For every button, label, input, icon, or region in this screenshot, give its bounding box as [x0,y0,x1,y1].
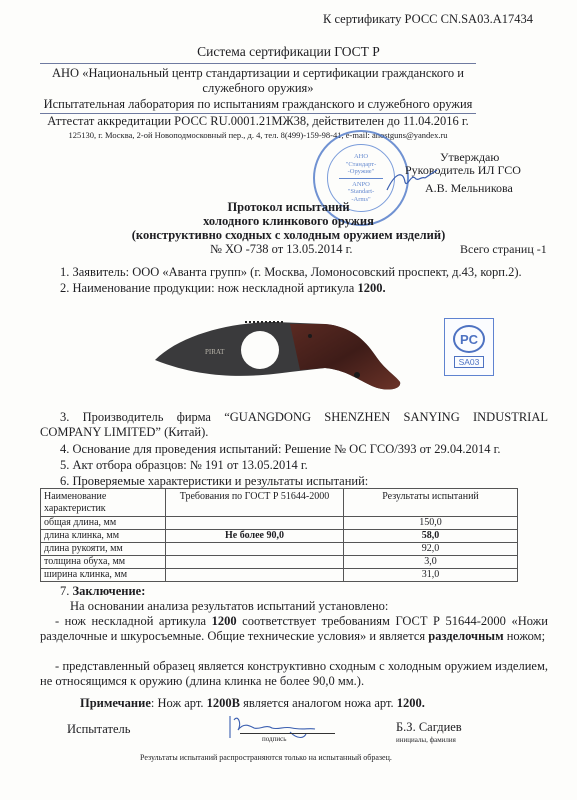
text: ножом; [504,629,545,643]
note-label: Примечание [80,696,151,710]
svg-text:PIRAT: PIRAT [205,348,225,356]
signature-line [240,733,335,734]
header-characteristic: Наименование характеристик [41,489,166,517]
conclusion-heading: 7. Заключение: [60,584,145,599]
title-line: (конструктивно сходных с холодным оружие… [0,228,577,242]
row-characteristic: длина клинка, мм [41,530,166,543]
address-line: 125130, г. Москва, 2-ой Новоподмосковный… [40,130,476,140]
organization-line-2: служебного оружия» [40,81,476,96]
certification-mark: PC SA03 [444,318,494,376]
table-row: толщина обуха, мм 3,0 [41,556,518,569]
divider [40,63,476,64]
table-header-row: Наименование характеристик Требования по… [41,489,518,517]
article-number: 1200В [207,696,240,710]
tester-label: Испытатель [67,722,130,737]
knife-type: разделочным [428,629,503,643]
stamp-text: -Оружие" [348,168,375,176]
row-characteristic: ширина клинка, мм [41,569,166,582]
organization-line-1: АНО «Национальный центр стандартизации и… [40,66,476,81]
accreditation: Аттестат аккредитации РОСС RU.0001.21МЖ3… [40,114,476,129]
name-caption: инициалы, фамилия [396,736,456,744]
article-number: 1200. [397,696,425,710]
certificate-reference: К сертификату РОСС CN.SA03.A17434 [323,12,533,27]
test-basis: 4. Основание для проведения испытаний: Р… [60,442,500,457]
organization-name: АНО «Национальный центр стандартизации и… [40,66,476,96]
knife-photo-icon: PIRAT [150,310,410,395]
row-requirement [166,569,344,582]
table-row: длина клинка, мм Не более 90,0 58,0 [41,530,518,543]
stamp-text: "Стандарт- [346,161,377,169]
row-result: 3,0 [344,556,518,569]
product-label: 2. Наименование продукции: нож нескладно… [60,281,357,295]
rst-logo-icon: PC [453,325,485,353]
laboratory-name: Испытательная лаборатория по испытаниям … [40,97,476,112]
header-requirement: Требования по ГОСТ Р 51644-2000 [166,489,344,517]
article-number: 1200 [212,614,237,628]
product-name: 2. Наименование продукции: нож нескладно… [60,281,386,296]
signature-caption: подпись [262,735,286,743]
table-row: общая длина, мм 150,0 [41,517,518,530]
protocol-number: № ХО -738 от 13.05.2014 г. [210,242,353,257]
title-line: Протокол испытаний [0,200,577,214]
row-result: 150,0 [344,517,518,530]
stamp-separator [339,178,383,179]
text: - нож нескладной артикула [55,614,212,628]
row-result: 92,0 [344,543,518,556]
stamp-text: АНО [354,153,368,161]
row-result: 31,0 [344,569,518,582]
text: : Нож арт. [151,696,207,710]
conclusion-number: 7. [60,584,73,598]
certification-system: Система сертификации ГОСТ Р [0,44,577,60]
text: является аналогом ножа арт. [240,696,397,710]
conclusion-label: Заключение: [73,584,146,598]
conclusion-intro: На основании анализа результатов испытан… [70,599,388,614]
stamp-text: ANPO [352,181,370,189]
product-article: 1200. [357,281,385,295]
conclusion-paragraph-2: - представленный образец является констр… [40,659,548,689]
stamp-text: "Standart- [348,188,374,196]
note: Примечание: Нож арт. 1200В является анал… [80,696,425,711]
sampling-act: 5. Акт отбора образцов: № 191 от 13.05.2… [60,458,308,473]
conclusion-paragraph-1: - нож нескладной артикула 1200 соответст… [40,614,548,644]
row-requirement [166,543,344,556]
table-row: длина рукояти, мм 92,0 [41,543,518,556]
title-line: холодного клинкового оружия [0,214,577,228]
row-requirement [166,556,344,569]
row-requirement [166,517,344,530]
table-row: ширина клинка, мм 31,0 [41,569,518,582]
header-result: Результаты испытаний [344,489,518,517]
row-characteristic: длина рукояти, мм [41,543,166,556]
checked-characteristics: 6. Проверяемые характеристики и результа… [60,474,368,489]
row-characteristic: толщина обуха, мм [41,556,166,569]
row-requirement: Не более 90,0 [166,530,344,543]
cert-mark-code: SA03 [454,356,485,368]
disclaimer: Результаты испытаний распространяются то… [140,753,392,762]
page-count: Всего страниц -1 [460,242,547,257]
results-table: Наименование характеристик Требования по… [40,488,518,582]
applicant: 1. Заявитель: ООО «Аванта групп» (г. Мос… [60,265,522,280]
protocol-title: Протокол испытаний холодного клинкового … [0,200,577,242]
tester-name: Б.З. Сагдиев [396,720,462,735]
approver-name: А.В. Мельникова [425,181,513,196]
row-characteristic: общая длина, мм [41,517,166,530]
row-result: 58,0 [344,530,518,543]
manufacturer: 3. Производитель фирма “GUANGDONG SHENZH… [40,410,548,440]
